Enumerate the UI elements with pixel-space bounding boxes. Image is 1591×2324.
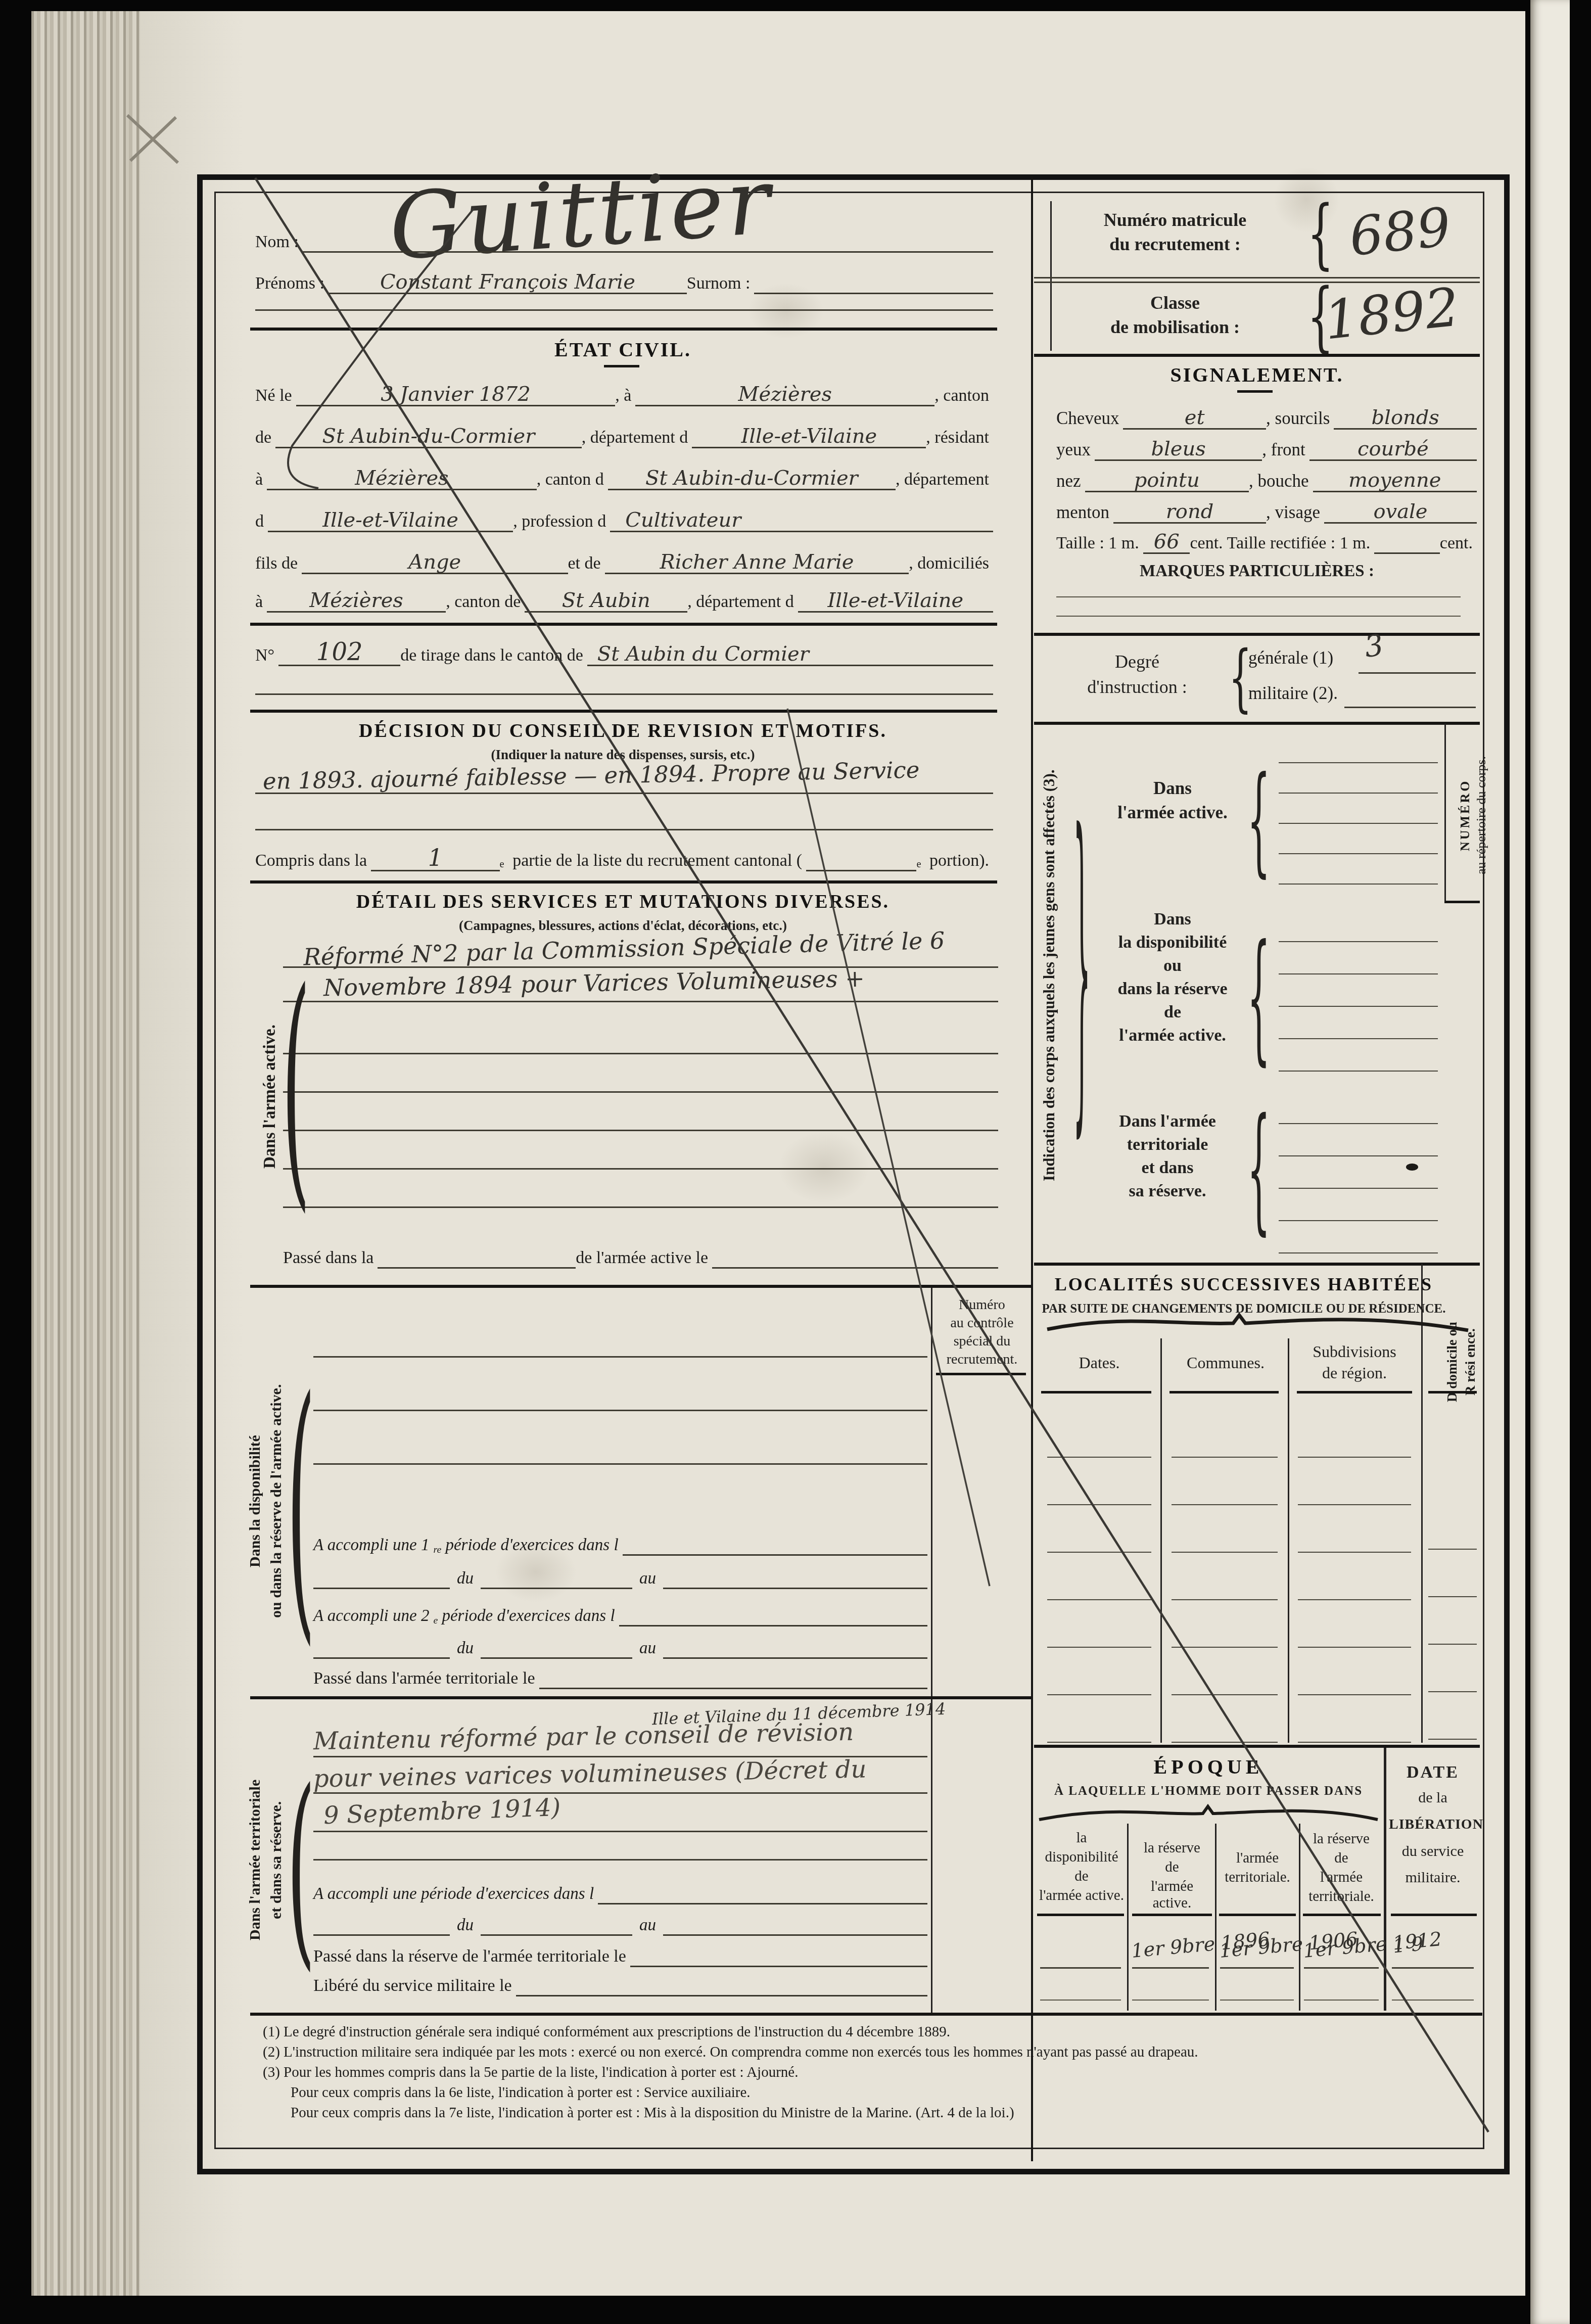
residant-label: , résidant: [926, 428, 993, 448]
corps-dispo-l4: dans la réserve: [1097, 980, 1248, 999]
corps-terr-lines: [1279, 1092, 1438, 1259]
nom-label: Nom :: [255, 233, 303, 253]
compris-label-2: partie de la liste du recrutement canton…: [508, 851, 807, 871]
localites-subtitle: PAR SUITE DE CHANGEMENTS DE DOMICILE OU …: [1034, 1302, 1454, 1316]
taille-rectifiee-line: [1374, 552, 1440, 554]
periode1-label-b: période d'exercices dans l: [441, 1536, 622, 1556]
etat-civil-title: ÉTAT CIVIL.: [253, 338, 993, 361]
epoque-title: ÉPOQUE: [1034, 1755, 1383, 1779]
passe-reserve-terr-line: [630, 1966, 927, 1967]
localites-rows: [1428, 1502, 1477, 1744]
matricule-value: 689: [1346, 196, 1454, 268]
epoque-row-rule: [1220, 1967, 1294, 1969]
services-title: DÉTAIL DES SERVICES ET MUTATIONS DIVERSE…: [253, 891, 993, 913]
localites-rows: [1298, 1410, 1411, 1744]
nom-field-line: [303, 251, 993, 253]
marques-rule: [1056, 596, 1461, 597]
terr-periode-line: [598, 1903, 927, 1904]
epoque-col2-l2: de: [1130, 1859, 1214, 1876]
section-separator: [250, 1696, 1031, 1699]
periode2-line: [619, 1625, 927, 1626]
epoque-header-underline: [1037, 1914, 1124, 1916]
du-line: [313, 1588, 450, 1589]
degre-militaire-label: militaire (2).: [1248, 683, 1338, 704]
epoque-col1-l4: l'armée active.: [1037, 1887, 1126, 1904]
localites-col-dates: Dates.: [1041, 1354, 1157, 1372]
epoque-liberation-value: 1 9: [1392, 1932, 1424, 1957]
degre-label-l1: Degré: [1066, 651, 1208, 672]
controle-header-l4: recrutement.: [934, 1352, 1030, 1368]
controle-header-l3: spécial du: [934, 1333, 1030, 1350]
section-separator: [1034, 354, 1480, 357]
epoque-col4-l1: la réserve: [1302, 1831, 1381, 1847]
epoque-date-l1: DATE: [1389, 1763, 1477, 1782]
birth-departement-value: Ille-et-Vilaine: [692, 426, 926, 448]
corps-terr-l3: et dans: [1092, 1158, 1243, 1178]
blank-rule: [255, 829, 993, 830]
cheveux-value: et: [1123, 407, 1266, 430]
compris-label-1: Compris dans la: [255, 851, 371, 871]
decision-rule: [255, 793, 993, 794]
epoque-row-rule: [1304, 2000, 1379, 2001]
de-label: de: [255, 428, 275, 448]
corps-active-l2: l'armée active.: [1107, 803, 1238, 823]
localites-col-divider: [1288, 1338, 1289, 1743]
a-label: à: [255, 592, 267, 613]
epoque-row-rule: [1040, 1967, 1121, 1969]
localites-col-divider: [1421, 1264, 1423, 1743]
du-line: [481, 1657, 632, 1659]
surnom-label: Surnom :: [687, 274, 755, 294]
right-page-edge: [1530, 0, 1570, 2324]
au-line: [663, 1588, 927, 1589]
front-value: courbé: [1309, 438, 1477, 461]
margin-label-armee-active: Dans l'armée active.: [261, 910, 279, 1284]
footnote-3: (3) Pour les hommes compris dans la 5e p…: [263, 2064, 1476, 2081]
bouche-label: , bouche: [1249, 471, 1313, 492]
epoque-col2-l1: la réserve: [1130, 1840, 1214, 1856]
ink-blot: [1406, 1164, 1418, 1171]
taille-label: Taille : 1 m.: [1056, 534, 1143, 554]
epoque-col1-l2: disponibilité: [1037, 1849, 1126, 1866]
compris-partie-value: 1: [371, 846, 500, 871]
section-separator: [250, 1285, 1031, 1288]
epoque-col1-l3: de: [1037, 1868, 1126, 1885]
matricule-label-l2: du recrutement :: [1056, 234, 1294, 255]
epoque-row-rule: [1132, 1967, 1209, 1969]
degre-generale-line: [1359, 672, 1476, 674]
tirage-canton-value: St Aubin du Cormier: [587, 643, 993, 666]
matricule-box-divider: [1050, 201, 1052, 351]
father-name-value: Ange: [302, 551, 568, 574]
degre-militaire-line: [1344, 707, 1476, 708]
terr-periode-label: A accompli une période d'exercices dans …: [313, 1885, 598, 1904]
localites-header-underline: [1169, 1391, 1279, 1393]
epoque-subtitle: À LAQUELLE L'HOMME DOIT PASSER DANS: [1034, 1784, 1383, 1798]
epoque-header-underline: [1303, 1914, 1381, 1916]
prenoms-label: Prénoms :: [255, 274, 329, 294]
au-line: [663, 1657, 927, 1659]
section-separator-full: [250, 2013, 1482, 2016]
numero-repertoire-l2: au répertoire du corps.: [1474, 732, 1489, 899]
main-column-divider: [1031, 176, 1033, 2161]
departement-label: , département d: [582, 428, 692, 448]
localites-col-communes: Communes.: [1167, 1354, 1284, 1372]
row-separator: [1034, 277, 1480, 278]
corps-dispo-l2: la disponibilité: [1097, 933, 1248, 952]
corps-terr-l4: sa réserve.: [1092, 1182, 1243, 1201]
sourcils-value: blonds: [1334, 407, 1477, 430]
marques-rule: [1056, 616, 1461, 617]
corps-dispo-l3: ou: [1097, 956, 1248, 975]
corps-active-lines: [1279, 733, 1438, 890]
epoque-row-rule: [1304, 1967, 1379, 1969]
localites-header-underline: [1041, 1391, 1151, 1393]
corps-dispo-l1: Dans: [1097, 910, 1248, 929]
corps-rotated-label: Indication des corps auxquels les jeunes…: [1040, 733, 1058, 1218]
numero-tirage-value: 102: [278, 639, 400, 666]
epoque-col4-l3: l'armée: [1302, 1869, 1381, 1886]
numero-col-divider: [1444, 724, 1446, 901]
passe-territoriale-label: Passé dans l'armée territoriale le: [313, 1669, 539, 1689]
residence-departement-value: Ille-et-Vilaine: [268, 509, 513, 532]
epoque-row-rule: [1132, 2000, 1209, 2001]
epoque-header-underline: [1219, 1914, 1296, 1916]
au-label: au: [632, 1569, 663, 1589]
prenoms-value: Constant François Marie: [329, 271, 687, 294]
controle-header-l2: au contrôle: [934, 1315, 1030, 1331]
portion-field-line: [806, 870, 916, 871]
residence-canton-value: St Aubin-du-Cormier: [608, 468, 896, 490]
degre-label-l2: d'instruction :: [1066, 676, 1208, 698]
footnote-5: Pour ceux compris dans la 7e liste, l'in…: [291, 2105, 1478, 2121]
yeux-label: yeux: [1056, 440, 1095, 461]
service-rule: [283, 966, 998, 968]
margin-label-dispo-l1: Dans la disponibilité: [247, 1304, 264, 1698]
epoque-date-l5: militaire.: [1389, 1869, 1477, 1886]
libere-line: [516, 1995, 927, 1996]
du-label: du: [450, 1639, 481, 1659]
epoque-col-divider: [1127, 1824, 1129, 2011]
sourcils-label: , sourcils: [1266, 408, 1334, 430]
numero-repertoire-l1: NUMÉRO: [1458, 732, 1473, 899]
sup-e: e: [500, 859, 508, 871]
book-spine-pages: [31, 11, 140, 2296]
epoque-col3-l1: l'armée: [1218, 1850, 1297, 1867]
departement-label: , département: [896, 470, 993, 490]
a-label: à: [255, 470, 267, 490]
birth-date-value: 3 Janvier 1872: [296, 384, 616, 406]
parents-commune-value: Mézières: [267, 590, 446, 613]
passe-date-line: [712, 1267, 998, 1269]
passe-reserve-terr-label: Passé dans la réserve de l'armée territo…: [313, 1947, 630, 1967]
margin-brace: (: [287, 1765, 315, 1975]
blank-rule: [313, 1859, 927, 1861]
periode1-line: [623, 1554, 927, 1556]
epoque-header-underline: [1132, 1914, 1212, 1916]
corps-dispo-l6: l'armée active.: [1097, 1026, 1248, 1045]
corps-active-l1: Dans: [1107, 778, 1238, 799]
epoque-row-rule: [1392, 2000, 1474, 2001]
bouche-value: moyenne: [1313, 470, 1477, 492]
signalement-title: SIGNALEMENT.: [1034, 363, 1480, 387]
du-line: [313, 1657, 450, 1659]
periode1-label: A accompli une 1: [313, 1536, 433, 1556]
matricule-label-l1: Numéro matricule: [1056, 209, 1294, 230]
sup: re: [433, 1544, 441, 1556]
passe-field-line: [378, 1267, 576, 1269]
parents-canton-value: St Aubin: [525, 590, 687, 613]
section-separator: [1034, 1263, 1480, 1266]
blank-ruled-lines: [283, 1016, 998, 1228]
epoque-row-rule: [1392, 1967, 1474, 1969]
title-dash: [604, 365, 639, 367]
taille-value: 66: [1143, 531, 1190, 554]
epoque-col-divider: [1215, 1824, 1216, 2011]
section-separator: [250, 623, 997, 626]
controle-header-underline: [936, 1373, 1026, 1375]
menton-value: rond: [1113, 501, 1266, 524]
mother-name-value: Richer Anne Marie: [605, 551, 909, 574]
corps-terr-l2: territoriale: [1092, 1135, 1243, 1154]
sup: e: [433, 1615, 438, 1626]
localites-side-l2: R rési ence.: [1463, 1279, 1478, 1446]
epoque-col3-l2: territoriale.: [1218, 1869, 1297, 1886]
periode2-label: A accompli une 2: [313, 1607, 433, 1626]
epoque-col4-l4: territoriale.: [1302, 1888, 1381, 1905]
localites-title: LOCALITÉS SUCCESSIVES HABITÉES: [1034, 1274, 1454, 1295]
localites-col-divider: [1160, 1338, 1162, 1743]
residence-commune-value: Mézières: [267, 468, 537, 490]
departement-label: , département d: [687, 592, 798, 613]
title-dash: [1237, 390, 1273, 393]
epoque-date-divider: [1384, 1748, 1386, 2011]
footnote-2: (2) L'instruction militaire sera indiqué…: [263, 2044, 1476, 2061]
epoque-date-l2: de la: [1389, 1789, 1477, 1806]
localites-col-subdiv-l1: Subdivisions: [1294, 1342, 1415, 1361]
section-separator: [1034, 722, 1480, 725]
section-separator: [250, 880, 997, 884]
canton-label: , canton d: [537, 470, 608, 490]
terr-rule: [313, 1792, 927, 1794]
blank-ruled-lines: [313, 1304, 927, 1501]
epoque-header-underline: [1391, 1914, 1477, 1916]
profession-label: , profession d: [513, 512, 610, 532]
tirage-text: de tirage dans le canton de: [400, 646, 587, 666]
corps-big-brace: {: [1073, 795, 1090, 1141]
localites-col-subdiv-l2: de région.: [1294, 1364, 1415, 1382]
periode2-label-b: période d'exercices dans l: [438, 1607, 619, 1626]
passe-territoriale-line: [539, 1688, 928, 1689]
margin-label-dispo-l2: ou dans la réserve de l'armée active.: [268, 1304, 285, 1698]
margin-label-terr-l2: et dans sa réserve.: [268, 1713, 285, 2007]
footnote-4: Pour ceux compris dans la 6e liste, l'in…: [291, 2084, 1478, 2101]
epoque-col1-l1: la: [1037, 1830, 1126, 1846]
du-line: [313, 1934, 450, 1936]
taille-rectifiee-label: cent. Taille rectifiée : 1 m.: [1190, 534, 1374, 554]
du-line: [481, 1588, 632, 1589]
epoque-date-l4: du service: [1389, 1843, 1477, 1860]
epoque-col2-l3: l'armée active.: [1130, 1878, 1214, 1912]
corps-terr-l1: Dans l'armée: [1092, 1112, 1243, 1131]
blank-rule: [255, 309, 993, 311]
margin-brace: (: [287, 1368, 315, 1650]
localites-header-underline: [1428, 1391, 1477, 1393]
epoque-col4-l2: de: [1302, 1850, 1381, 1867]
cheveux-label: Cheveux: [1056, 408, 1123, 430]
surnom-field-line: [754, 293, 993, 294]
margin-label-terr-l1: Dans l'armée territoriale: [247, 1713, 264, 2007]
footnote-1: (1) Le degré d'instruction générale sera…: [263, 2024, 1476, 2040]
service-rule: [283, 1001, 998, 1002]
yeux-value: bleus: [1095, 438, 1262, 461]
controle-subcolumn-divider: [931, 1288, 932, 2014]
controle-header-l1: Numéro: [934, 1297, 1030, 1313]
corps-dispo-lines: [1279, 910, 1438, 1077]
epoque-col-divider: [1299, 1824, 1300, 2011]
ne-le-label: Né le: [255, 386, 296, 406]
au-line: [663, 1934, 927, 1936]
profession-value: Cultivateur: [610, 509, 993, 532]
localites-side-l1: D domicile ou: [1444, 1279, 1460, 1446]
marques-title: MARQUES PARTICULIÈRES :: [1034, 562, 1480, 581]
menton-label: menton: [1056, 502, 1113, 524]
section-separator: [1034, 633, 1480, 636]
fils-de-label: fils de: [255, 554, 302, 574]
degre-generale-label: générale (1): [1248, 648, 1333, 668]
birth-canton-value: St Aubin-du-Cormier: [275, 426, 582, 448]
canton-label: , canton: [934, 386, 993, 406]
front-label: , front: [1262, 440, 1309, 461]
blank-rule: [255, 693, 993, 695]
localites-rows: [1172, 1410, 1278, 1744]
corps-brace: {: [1247, 762, 1271, 880]
scanned-register-page: Guittier Nom : Prénoms : Constant Franço…: [0, 0, 1591, 2324]
du-line: [481, 1934, 632, 1936]
matricule-brace: {: [1307, 196, 1333, 272]
sup-e: e: [916, 859, 925, 871]
section-separator: [250, 710, 997, 713]
nez-label: nez: [1056, 471, 1085, 492]
section-separator: [250, 328, 997, 331]
birth-commune-value: Mézières: [635, 384, 934, 406]
canton-label: , canton de: [446, 592, 525, 613]
compris-label-3: portion).: [925, 851, 993, 871]
d-label: d: [255, 512, 268, 532]
domicilies-label: , domiciliés: [909, 554, 993, 574]
cent-label: cent.: [1440, 534, 1477, 554]
classe-label-l1: Classe: [1056, 292, 1294, 313]
et-de-label: et de: [568, 554, 605, 574]
libere-label: Libéré du service militaire le: [313, 1976, 516, 1996]
corps-brace: {: [1247, 928, 1271, 1069]
localites-rows: [1047, 1410, 1151, 1744]
margin-brace: (: [282, 962, 310, 1217]
numero-col-end: [1444, 901, 1480, 903]
parents-departement-value: Ille-et-Vilaine: [798, 590, 993, 613]
passe-armee-active-label1: Passé dans la: [283, 1248, 378, 1269]
classe-label-l2: de mobilisation :: [1056, 316, 1294, 338]
du-label: du: [450, 1569, 481, 1589]
visage-label: , visage: [1266, 502, 1324, 524]
localites-header-underline: [1297, 1391, 1412, 1393]
au-label: au: [632, 1916, 663, 1936]
au-label: au: [632, 1639, 663, 1659]
corps-dispo-l5: de: [1097, 1003, 1248, 1022]
passe-armee-active-label2: de l'armée active le: [576, 1248, 712, 1269]
section-separator: [1034, 1745, 1480, 1748]
epoque-date-l3: LIBÉRATION: [1389, 1817, 1477, 1833]
epoque-row-rule: [1040, 2000, 1121, 2001]
decision-title: DÉCISION DU CONSEIL DE REVISION ET MOTIF…: [253, 720, 993, 742]
a-label: , à: [615, 386, 635, 406]
numero-tirage-label: N°: [255, 646, 278, 666]
corps-brace: {: [1247, 1102, 1271, 1238]
terr-rule: [313, 1831, 927, 1832]
nez-value: pointu: [1085, 470, 1249, 492]
du-label: du: [450, 1916, 481, 1936]
epoque-row-rule: [1220, 2000, 1294, 2001]
visage-value: ovale: [1324, 501, 1477, 524]
